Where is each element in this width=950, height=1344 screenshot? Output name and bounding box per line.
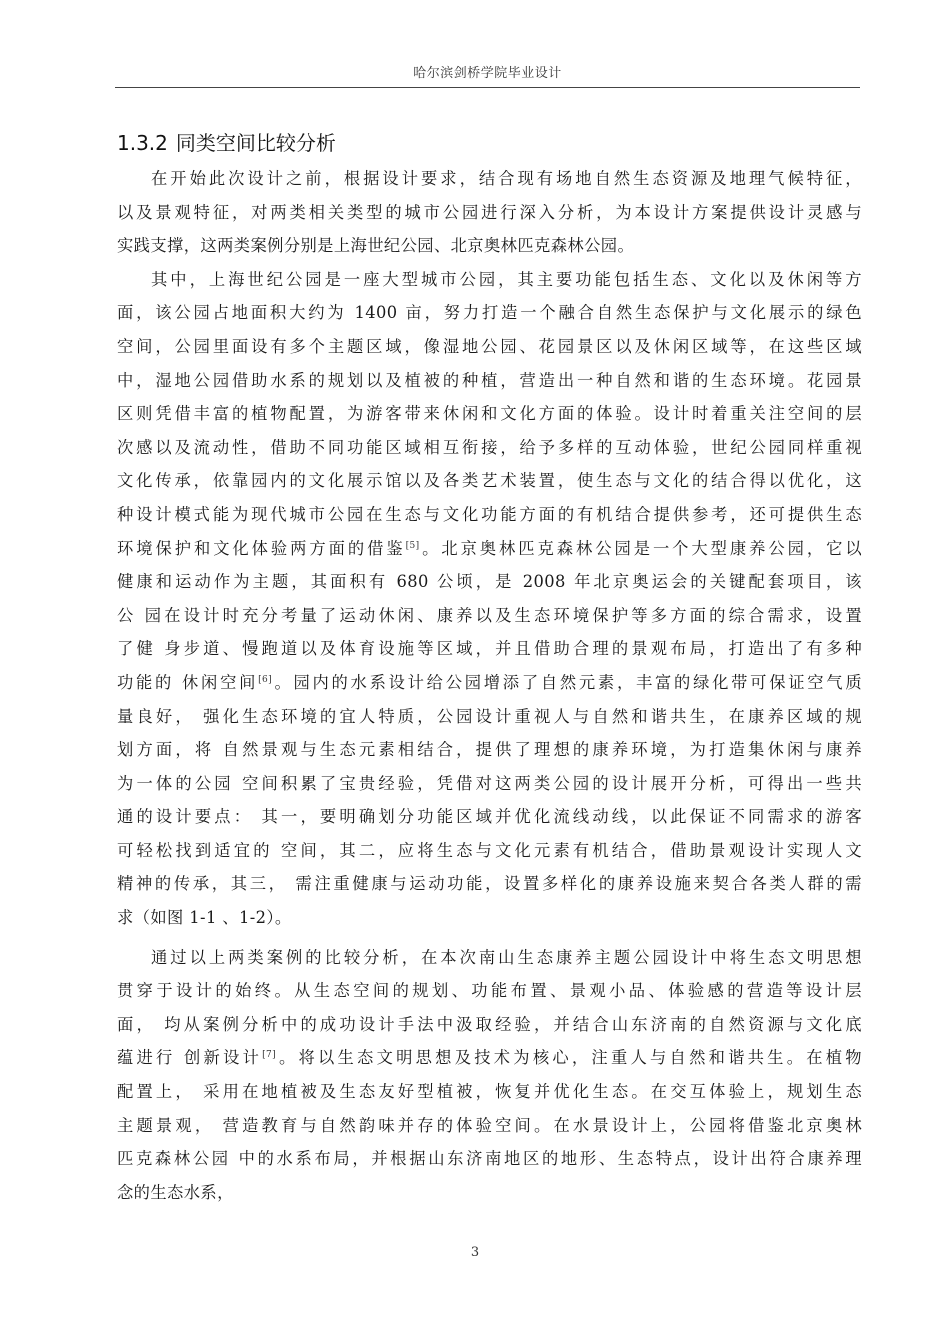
text-line: 空间，公园里面设有多个主题区域，像湿地公园、花园景区以及休闲区域等，在这些区域 (117, 330, 862, 364)
section-number: 1.3.2 (117, 131, 168, 155)
text-line: 健康和运动作为主题，其面积有 680 公顷，是 2008 年北京奥运会的关键配套… (117, 565, 862, 599)
text-line: 中，湿地公园借助水系的规划以及植被的种植，营造出一种自然和谐的生态环境。花园景 (117, 364, 862, 398)
document-body: 在开始此次设计之前，根据设计要求，结合现有场地自然生态资源及地理气候特征， 以及… (117, 162, 862, 1209)
text-segment: 功能的 休闲空间 (117, 673, 258, 692)
text-line: 种设计模式能为现代城市公园在生态与文化功能方面的有机结合提供参考，还可提供生态 (117, 498, 862, 532)
text-line: 面，该公园占地面积大约为 1400 亩，努力打造一个融合自然生态保护与文化展示的… (117, 296, 862, 330)
text-line: 贯穿于设计的始终。从生态空间的规划、功能布置、景观小品、体验感的营造等设计层 (117, 974, 862, 1008)
text-segment: 。北京奥林匹克森林公园是一个大型康养公园，它以 (420, 539, 862, 558)
citation-ref[interactable]: [5] (406, 541, 420, 551)
citation-ref[interactable]: [7] (262, 1050, 276, 1060)
text-segment: 蕴进行 创新设计 (117, 1048, 262, 1067)
text-line: 环境保护和文化体验两方面的借鉴[5]。北京奥林匹克森林公园是一个大型康养公园，它… (117, 532, 862, 566)
text-line: 量良好， 强化生态环境的宜人特质，公园设计重视人与自然和谐共生，在康养区域的规 (117, 700, 862, 734)
text-line: 了健 身步道、慢跑道以及体育设施等区域，并且借助合理的景观布局，打造出了有多种 (117, 632, 862, 666)
text-line: 求（如图 1-1 、1-2）。 (117, 901, 862, 935)
text-line: 次感以及流动性，借助不同功能区域相互衔接，给予多样的互动体验，世纪公园同样重视 (117, 431, 862, 465)
page-number: 3 (0, 1245, 950, 1260)
text-line: 配置上， 采用在地植被及生态友好型植被，恢复并优化生态。在交互体验上，规划生态 (117, 1075, 862, 1109)
section-heading: 1.3.2同类空间比较分析 (117, 127, 336, 156)
text-line: 念的生态水系， (117, 1176, 862, 1210)
text-line: 为一体的公园 空间积累了宝贵经验，凭借对这两类公园的设计展开分析，可得出一些共 (117, 767, 862, 801)
section-title-text: 同类空间比较分析 (176, 131, 336, 155)
text-line: 匹克森林公园 中的水系布局，并根据山东济南地区的地形、生态特点，设计出符合康养理 (117, 1142, 862, 1176)
header-divider (115, 87, 860, 88)
citation-ref[interactable]: [6] (258, 675, 272, 685)
text-line: 可轻松找到适宜的 空间，其二，应将生态与文化元素有机结合，借助景观设计实现人文 (117, 834, 862, 868)
text-line: 蕴进行 创新设计[7]。将以生态文明思想及技术为核心，注重人与自然和谐共生。在植… (117, 1041, 862, 1075)
text-line: 在开始此次设计之前，根据设计要求，结合现有场地自然生态资源及地理气候特征， (117, 162, 862, 196)
text-line: 划方面，将 自然景观与生态元素相结合，提供了理想的康养环境，为打造集休闲与康养 (117, 733, 862, 767)
text-line: 其中，上海世纪公园是一座大型城市公园，其主要功能包括生态、文化以及休闲等方 (117, 263, 862, 297)
text-segment: 。园内的水系设计给公园增添了自然元素，丰富的绿化带可保证空气质 (272, 673, 862, 692)
text-line: 区则凭借丰富的植物配置，为游客带来休闲和文化方面的体验。设计时着重关注空间的层 (117, 397, 862, 431)
text-line: 精神的传承，其三， 需注重健康与运动功能，设置多样化的康养设施来契合各类人群的需 (117, 867, 862, 901)
text-line: 实践支撑，这两类案例分别是上海世纪公园、北京奥林匹克森林公园。 (117, 229, 862, 263)
text-line: 面， 均从案例分析中的成功设计手法中汲取经验，并结合山东济南的自然资源与文化底 (117, 1008, 862, 1042)
text-line: 以及景观特征，对两类相关类型的城市公园进行深入分析，为本设计方案提供设计灵感与 (117, 196, 862, 230)
text-line: 功能的 休闲空间[6]。园内的水系设计给公园增添了自然元素，丰富的绿化带可保证空… (117, 666, 862, 700)
text-line: 文化传承，依靠园内的文化展示馆以及各类艺术装置，使生态与文化的结合得以优化，这 (117, 464, 862, 498)
text-line: 主题景观， 营造教育与自然韵味并存的体验空间。在水景设计上，公园将借鉴北京奥林 (117, 1109, 862, 1143)
text-segment: 环境保护和文化体验两方面的借鉴 (117, 539, 406, 558)
text-line: 通的设计要点： 其一，要明确划分功能区域并优化流线动线，以此保证不同需求的游客 (117, 800, 862, 834)
text-segment: 。将以生态文明思想及技术为核心，注重人与自然和谐共生。在植物 (276, 1048, 862, 1067)
text-line: 通过以上两类案例的比较分析，在本次南山生态康养主题公园设计中将生态文明思想 (117, 941, 862, 975)
running-header: 哈尔滨剑桥学院毕业设计 (115, 62, 860, 81)
text-line: 公 园在设计时充分考量了运动休闲、康养以及生态环境保护等多方面的综合需求，设置 (117, 599, 862, 633)
